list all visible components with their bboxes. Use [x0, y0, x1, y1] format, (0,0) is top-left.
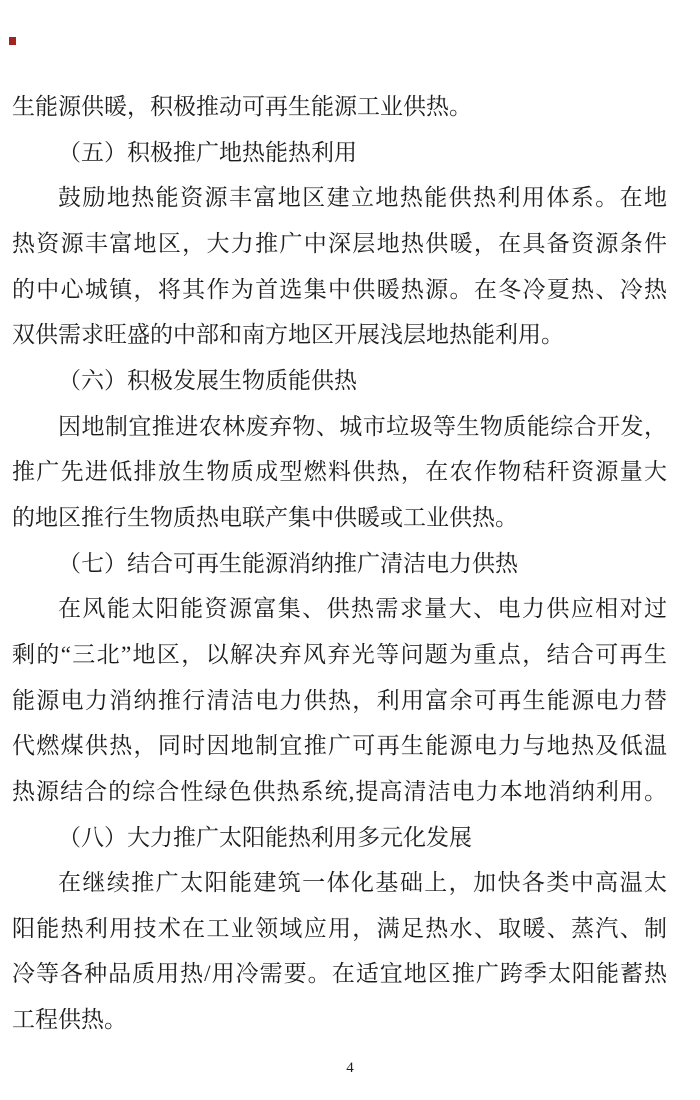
doc-line: 生能源供暖，积极推动可再生能源工业供热。 — [12, 84, 667, 130]
document-page: 生能源供暖，积极推动可再生能源工业供热。 （五）积极推广地热能热利用 鼓励地热能… — [0, 0, 700, 1100]
doc-line: 阳能热利用技术在工业领域应用，满足热水、取暖、蒸汽、制 — [12, 906, 667, 952]
doc-line: 热资源丰富地区，大力推广中深层地热供暖，在具备资源条件 — [12, 221, 667, 267]
document-text-block: 生能源供暖，积极推动可再生能源工业供热。 （五）积极推广地热能热利用 鼓励地热能… — [12, 84, 667, 1043]
corner-red-mark — [9, 37, 16, 45]
doc-line: 推广先进低排放生物质成型燃料供热，在农作物秸秆资源量大 — [12, 449, 667, 495]
doc-line: 剩的“三北”地区，以解决弃风弃光等问题为重点，结合可再生 — [12, 632, 667, 678]
section-heading: （八）大力推广太阳能热利用多元化发展 — [12, 815, 667, 861]
doc-line: 的地区推行生物质热电联产集中供暖或工业供热。 — [12, 495, 667, 541]
doc-line: 双供需求旺盛的中部和南方地区开展浅层地热能利用。 — [12, 312, 667, 358]
doc-line: 冷等各种品质用热/用冷需要。在适宜地区推广跨季太阳能蓄热 — [12, 951, 667, 997]
doc-line: 代燃煤供热，同时因地制宜推广可再生能源电力与地热及低温 — [12, 723, 667, 769]
doc-line: 在风能太阳能资源富集、供热需求量大、电力供应相对过 — [12, 586, 667, 632]
section-heading: （五）积极推广地热能热利用 — [12, 130, 667, 176]
doc-line: 鼓励地热能资源丰富地区建立地热能供热利用体系。在地 — [12, 175, 667, 221]
section-heading: （七）结合可再生能源消纳推广清洁电力供热 — [12, 541, 667, 587]
doc-line: 的中心城镇，将其作为首选集中供暖热源。在冬冷夏热、冷热 — [12, 267, 667, 313]
doc-line: 热源结合的综合性绿色供热系统,提高清洁电力本地消纳利用。 — [12, 769, 667, 815]
doc-line: 工程供热。 — [12, 997, 667, 1043]
doc-line: 因地制宜推进农林废弃物、城市垃圾等生物质能综合开发， — [12, 404, 667, 450]
page-number: 4 — [0, 1060, 700, 1077]
doc-line: 能源电力消纳推行清洁电力供热，利用富余可再生能源电力替 — [12, 678, 667, 724]
doc-line: 在继续推广太阳能建筑一体化基础上，加快各类中高温太 — [12, 860, 667, 906]
section-heading: （六）积极发展生物质能供热 — [12, 358, 667, 404]
